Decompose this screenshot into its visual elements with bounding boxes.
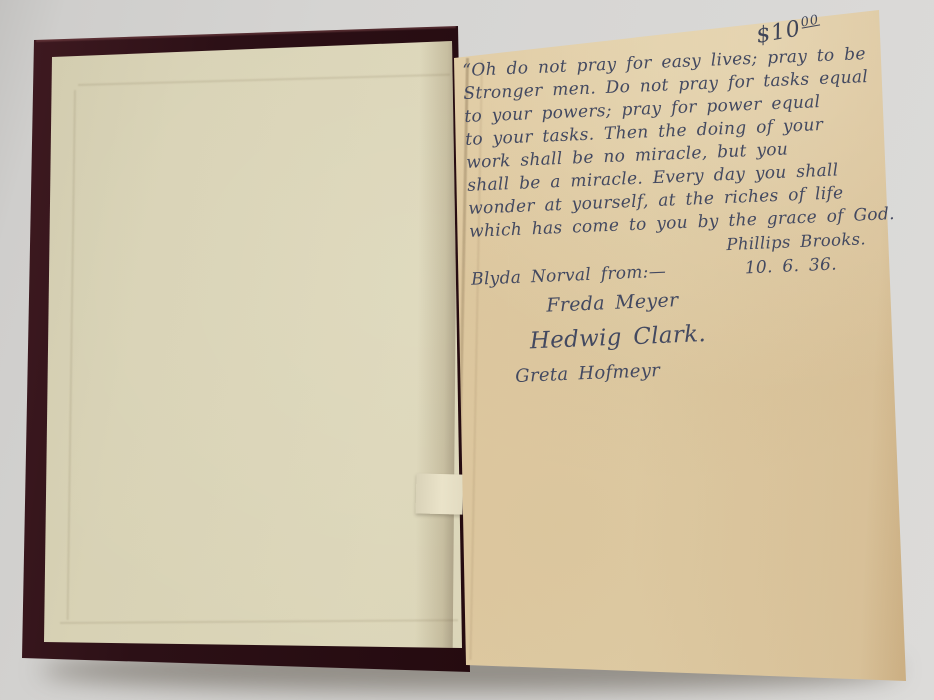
cover-edge-highlight (36, 25, 456, 42)
price-cents: 00 (800, 13, 821, 31)
repair-tab (415, 473, 463, 514)
book-photo: $1000 “Oh do not pray for easy lives; pr… (0, 0, 934, 700)
handwritten-inscription: “Oh do not pray for easy lives; pray to … (462, 43, 888, 395)
turn-in-impression-left (67, 90, 76, 620)
turn-in-impression-bottom (60, 619, 458, 624)
turn-in-impression-top (78, 74, 450, 86)
gutter-shadow (415, 40, 458, 652)
inscription-date: 10. 6. 36. (744, 251, 837, 281)
